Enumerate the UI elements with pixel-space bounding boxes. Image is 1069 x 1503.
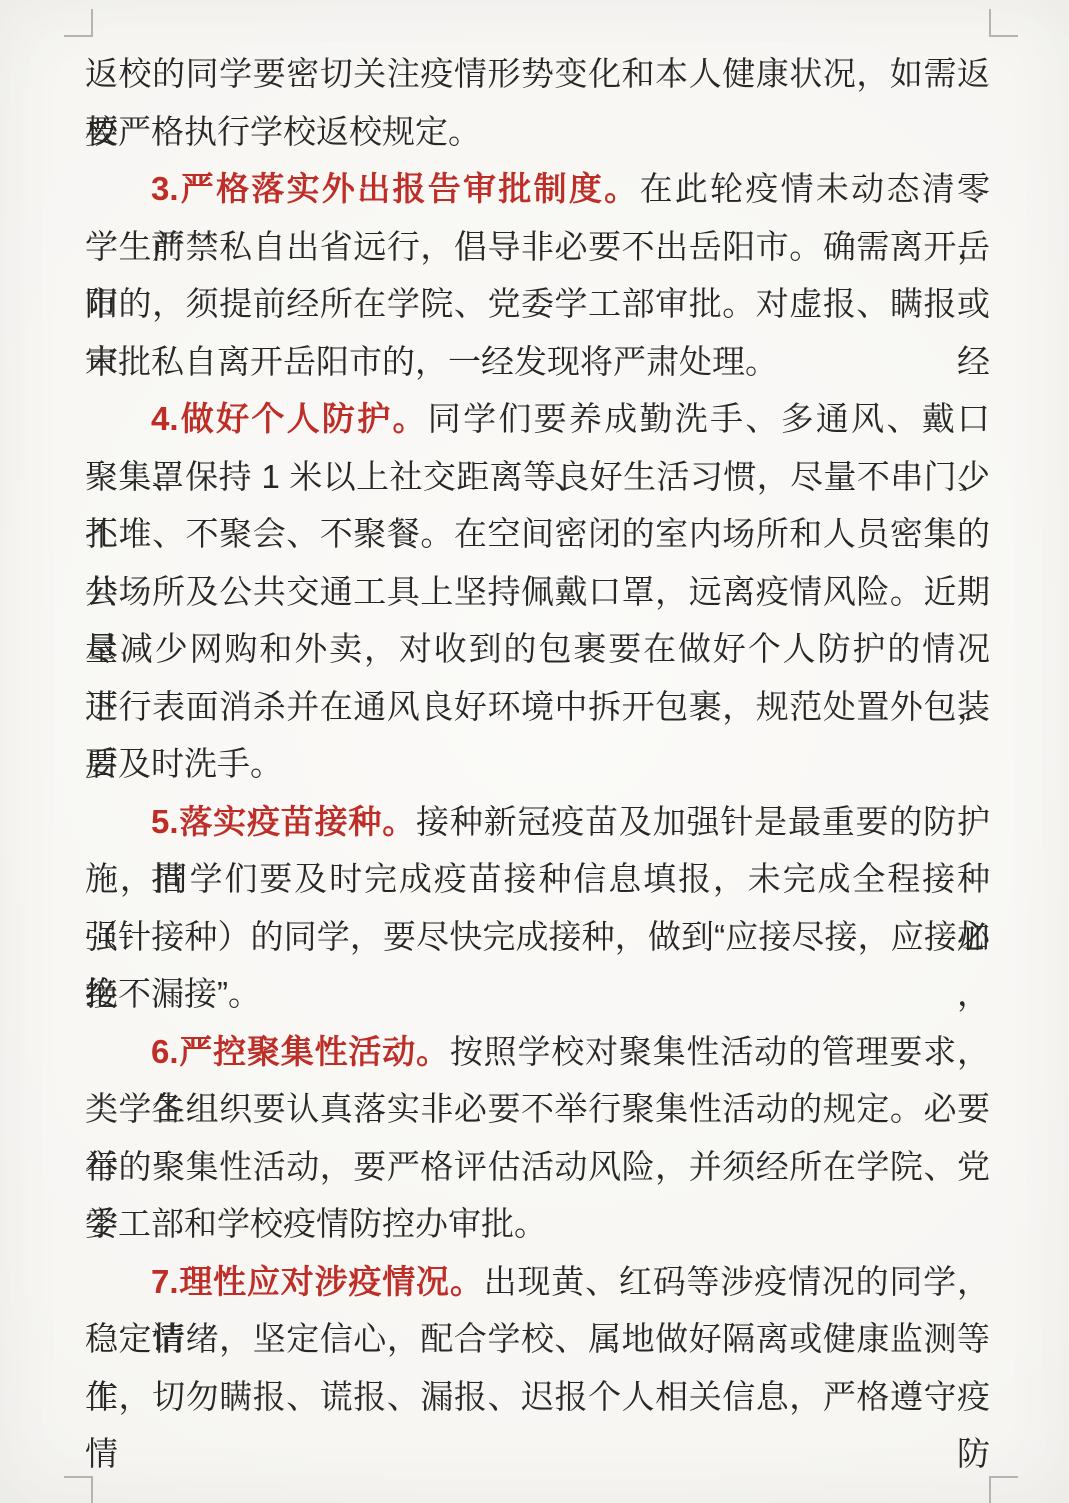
text-line: 聚集、保持 1 米以上社交距离等良好生活习惯，尽量不串门、不 xyxy=(85,448,990,506)
text-line: 3.严格落实外出报告审批制度。在此轮疫情未动态清零前， xyxy=(85,160,990,218)
text-boundary-mark-top-left-icon xyxy=(64,9,93,37)
text-line: 市的，须提前经所在学院、党委学工部审批。对虚报、瞒报或未经 xyxy=(85,275,990,333)
body-text: 绝不漏接”。 xyxy=(85,975,261,1012)
text-line: 4.做好个人防护。同学们要养成勤洗手、多通风、戴口罩、少 xyxy=(85,390,990,448)
text-line: 7.理性应对涉疫情况。出现黄、红码等涉疫情况的同学，请 xyxy=(85,1253,990,1311)
section-heading-text: 7.理性应对涉疫情况。 xyxy=(151,1263,484,1300)
body-text: 要严格执行学校返校规定。 xyxy=(85,113,481,150)
text-line: 要严格执行学校返校规定。 xyxy=(85,103,990,161)
section-heading-text: 6.严控聚集性活动。 xyxy=(151,1033,450,1070)
body-text: 学工部和学校疫情防控办审批。 xyxy=(85,1205,547,1242)
text-line: 扎堆、不聚会、不聚餐。在空间密闭的室内场所和人员密集的公 xyxy=(85,505,990,563)
section-heading-text: 3.严格落实外出报告审批制度。 xyxy=(151,170,639,207)
text-line: 稳定情绪，坚定信心，配合学校、属地做好隔离或健康监测等工 xyxy=(85,1310,990,1368)
text-line: 施，同学们要及时完成疫苗接种信息填报，未完成全程接种（加 xyxy=(85,850,990,908)
text-line: 共场所及公共交通工具上坚持佩戴口罩，远离疫情风险。近期尽 xyxy=(85,563,990,621)
text-boundary-mark-top-right-icon xyxy=(989,9,1018,37)
text-line: 行的聚集性活动，要严格评估活动风险，并须经所在学院、党委 xyxy=(85,1138,990,1196)
text-block: 返校的同学要密切关注疫情形势变化和本人健康状况，如需返校要严格执行学校返校规定。… xyxy=(85,45,990,1425)
body-text: 审批私自离开岳阳市的，一经发现将严肃处理。 xyxy=(85,343,778,380)
text-line: 进行表面消杀并在通风良好环境中拆开包裹，规范处置外包装后 xyxy=(85,678,990,736)
text-line: 5.落实疫苗接种。接种新冠疫苗及加强针是最重要的防护措 xyxy=(85,793,990,851)
text-line: 量减少网购和外卖，对收到的包裹要在做好个人防护的情况下， xyxy=(85,620,990,678)
text-line: 作，切勿瞒报、谎报、漏报、迟报个人相关信息，严格遵守疫情防 xyxy=(85,1368,990,1426)
text-line: 类学生组织要认真落实非必要不举行聚集性活动的规定。必要举 xyxy=(85,1080,990,1138)
body-text: 作，切勿瞒报、谎报、漏报、迟报个人相关信息，严格遵守疫情防 xyxy=(85,1378,990,1473)
text-line: 6.严控聚集性活动。按照学校对聚集性活动的管理要求，各 xyxy=(85,1023,990,1081)
section-heading-text: 5.落实疫苗接种。 xyxy=(151,803,416,840)
text-line: 强针接种）的同学，要尽快完成接种，做到“应接尽接，应接必接， xyxy=(85,908,990,966)
text-boundary-mark-bottom-right-icon xyxy=(989,1476,1018,1503)
section-heading-text: 4.做好个人防护。 xyxy=(151,400,428,437)
text-line: 要及时洗手。 xyxy=(85,735,990,793)
document-page: 返校的同学要密切关注疫情形势变化和本人健康状况，如需返校要严格执行学校返校规定。… xyxy=(0,0,1069,1503)
body-text: 要及时洗手。 xyxy=(85,745,283,782)
text-line: 返校的同学要密切关注疫情形势变化和本人健康状况，如需返校 xyxy=(85,45,990,103)
text-line: 学工部和学校疫情防控办审批。 xyxy=(85,1195,990,1253)
text-line: 学生严禁私自出省远行，倡导非必要不出岳阳市。确需离开岳阳 xyxy=(85,218,990,276)
